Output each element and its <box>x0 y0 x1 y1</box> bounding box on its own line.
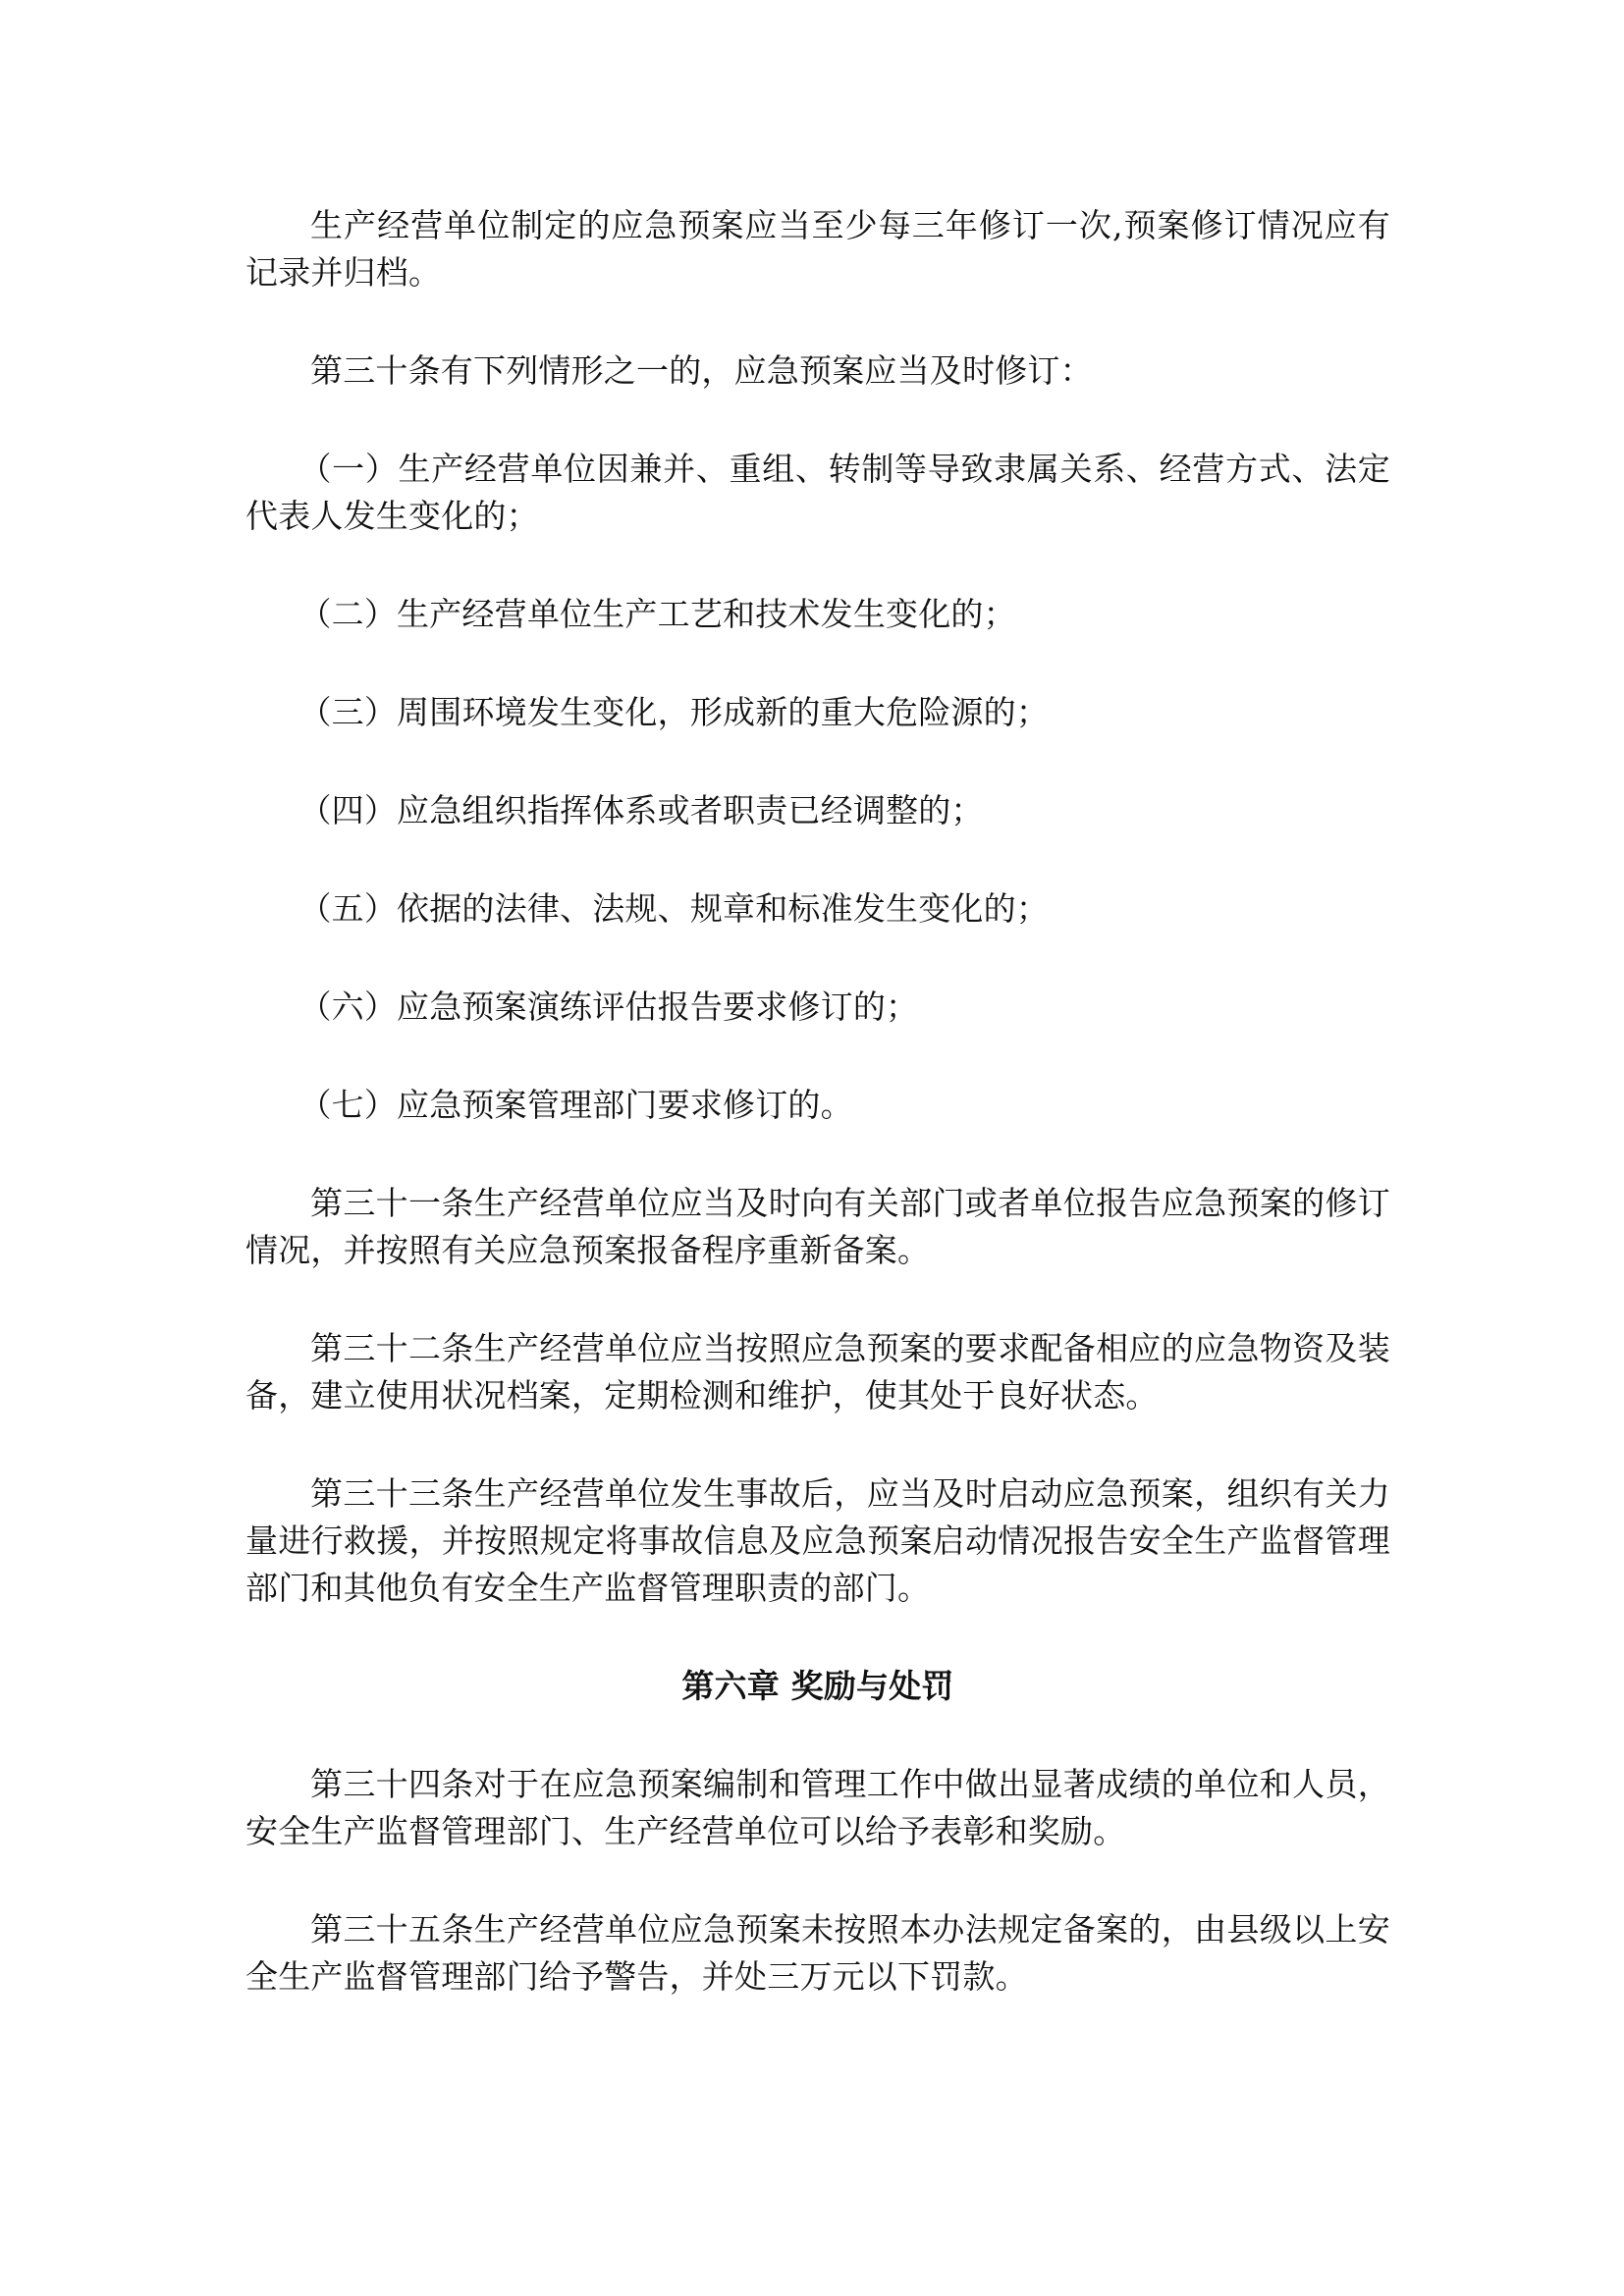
document-page: 生产经营单位制定的应急预案应当至少每三年修订一次,预案修订情况应有记录并归档。 … <box>245 202 1390 2001</box>
paragraph-article-34: 第三十四条对于在应急预案编制和管理工作中做出显著成绩的单位和人员，安全生产监督管… <box>245 1761 1390 1855</box>
paragraph-article-35: 第三十五条生产经营单位应急预案未按照本办法规定备案的，由县级以上安全生产监督管理… <box>245 1906 1390 2001</box>
paragraph-article-30: 第三十条有下列情形之一的，应急预案应当及时修订： <box>245 347 1390 395</box>
list-item-3: （三）周围环境发生变化，形成新的重大危险源的； <box>245 689 1390 736</box>
paragraph-article-33: 第三十三条生产经营单位发生事故后，应当及时启动应急预案，组织有关力量进行救援，并… <box>245 1470 1390 1612</box>
list-item-7: （七）应急预案管理部门要求修订的。 <box>245 1082 1390 1129</box>
list-item-6: （六）应急预案演练评估报告要求修订的； <box>245 984 1390 1031</box>
list-item-4: （四）应急组织指挥体系或者职责已经调整的； <box>245 787 1390 834</box>
paragraph-article-32: 第三十二条生产经营单位应当按照应急预案的要求配备相应的应急物资及装备，建立使用状… <box>245 1325 1390 1419</box>
paragraph-revision-period: 生产经营单位制定的应急预案应当至少每三年修订一次,预案修订情况应有记录并归档。 <box>245 202 1390 296</box>
list-item-5: （五）依据的法律、法规、规章和标准发生变化的； <box>245 885 1390 933</box>
list-item-1: （一）生产经营单位因兼并、重组、转制等导致隶属关系、经营方式、法定代表人发生变化… <box>245 446 1390 540</box>
list-item-2: （二）生产经营单位生产工艺和技术发生变化的； <box>245 591 1390 638</box>
chapter-heading: 第六章 奖励与处罚 <box>245 1663 1390 1710</box>
paragraph-article-31: 第三十一条生产经营单位应当及时向有关部门或者单位报告应急预案的修订情况，并按照有… <box>245 1180 1390 1274</box>
